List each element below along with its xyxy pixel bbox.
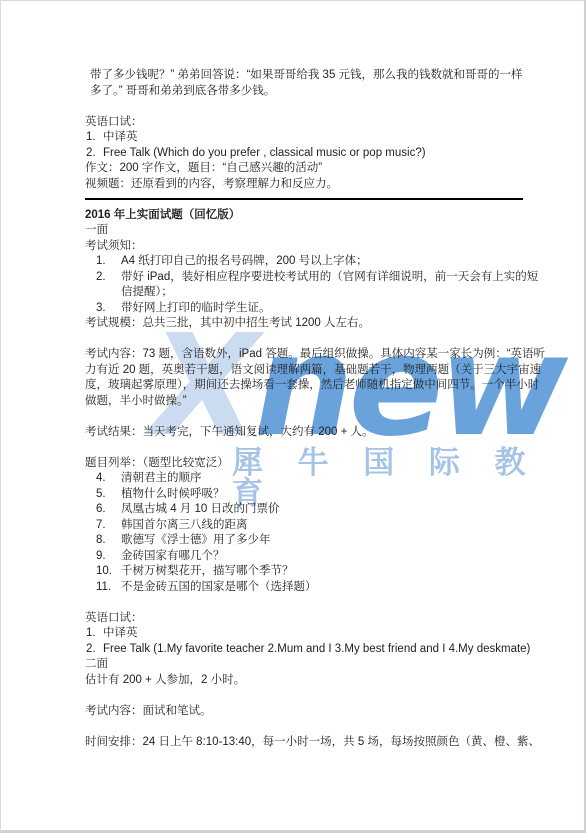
blank-line (85, 409, 528, 425)
item-text: Free Talk (Which do you prefer , classic… (103, 147, 426, 159)
document-content: 带了多少钱呢？” 弟弟回答说：“如果哥哥给我 35 元钱，那么我的钱数就和哥哥的… (1, 1, 584, 750)
list-item: 1.中译英 (85, 130, 528, 146)
item-number: 5. (96, 487, 106, 503)
item-text: 清朝君主的顺序 (121, 472, 202, 484)
question-item: 5.植物什么时候呼吸？ (85, 487, 528, 503)
item-text: 金砖国家有哪几个？ (121, 550, 225, 562)
intro-paragraph-line: 多了。” 哥哥和弟弟到底各带多少钱。 (85, 84, 528, 100)
essay-line: 作文：200 字作文，题目：“自己感兴趣的活动” (85, 161, 528, 177)
item-number: 3. (96, 301, 106, 317)
section-title-2016: 2016 年上实面试题（回忆版） (85, 208, 528, 224)
item-text: 韩国首尔离三八线的距离 (121, 519, 248, 531)
round1-label: 一面 (85, 223, 528, 239)
item-number: 1. (86, 626, 96, 642)
item-text: 中译英 (103, 627, 138, 639)
intro-paragraph-line: 带了多少钱呢？” 弟弟回答说：“如果哥哥给我 35 元钱，那么我的钱数就和哥哥的… (85, 68, 528, 84)
round2-estimate-line: 估计有 200 + 人参加，2 小时。 (85, 673, 528, 689)
item-number: 2. (96, 270, 106, 286)
item-number: 1. (96, 254, 106, 270)
section-separator (85, 198, 523, 200)
exam-notice-heading: 考试须知： (85, 239, 528, 255)
item-number: 4. (96, 471, 106, 487)
list-item: 2.Free Talk (Which do you prefer , class… (85, 146, 528, 162)
item-text: 千树万树梨花开，描写哪个季节？ (121, 565, 294, 577)
question-item: 8.歌德写《浮士德》用了多少年 (85, 533, 528, 549)
item-number: 6. (96, 502, 106, 518)
notice-item: 3.带好网上打印的临时学生证。 (85, 301, 528, 317)
question-item: 10.千树万树梨花开，描写哪个季节？ (85, 564, 528, 580)
notice-item: 1.A4 纸打印自己的报名号码牌，200 号以上字体； (85, 254, 528, 270)
question-item: 6.凤凰古城 4 月 10 日改的门票价 (85, 502, 528, 518)
item-number: 1. (86, 130, 96, 146)
item-number: 2. (86, 642, 96, 658)
item-text: 植物什么时候呼吸？ (121, 488, 225, 500)
item-text: Free Talk (1.My favorite teacher 2.Mum a… (103, 643, 530, 655)
video-question-line: 视频题：还原看到的内容，考察理解力和反应力。 (85, 177, 528, 193)
round2-content-line: 考试内容：面试和笔试。 (85, 704, 528, 720)
notice-item: 2.带好 iPad，装好相应程序要进校考试用的（官网有详细说明，前一天会有上实的… (85, 270, 528, 286)
blank-line (85, 595, 528, 611)
item-text: 歌德写《浮士德》用了多少年 (121, 534, 271, 546)
exam-content-line: 考试内容：73 题，含语数外，iPad 答题。最后组织做操。具体内容某一家长为例… (85, 347, 528, 363)
question-item: 9.金砖国家有哪几个？ (85, 549, 528, 565)
list-item: 2.Free Talk (1.My favorite teacher 2.Mum… (85, 642, 528, 658)
item-text: 凤凰古城 4 月 10 日改的门票价 (121, 503, 279, 515)
question-item: 4.清朝君主的顺序 (85, 471, 528, 487)
exam-content-line: 度，玻璃起雾原理），期间还去操场看一套操，然后老师随机指定做中间四节。一个半小时 (85, 378, 528, 394)
item-text: 中译英 (103, 131, 138, 143)
blank-line (85, 688, 528, 704)
item-text: 不是金砖五国的国家是哪个（选择题） (121, 581, 317, 593)
round2-label: 二面 (85, 657, 528, 673)
blank-line (85, 719, 528, 735)
exam-content-line: 力有近 20 题，英奥若干题，语文阅读理解两篇，基础题若干，物理两题（关于三大宇… (85, 363, 528, 379)
item-text: A4 纸打印自己的报名号码牌，200 号以上字体； (121, 255, 368, 267)
blank-line (85, 99, 528, 115)
notice-item-continuation: 信提醒）； (85, 285, 528, 301)
item-text: 带好 iPad，装好相应程序要进校考试用的（官网有详细说明，前一天会有上实的短 (121, 271, 538, 283)
question-item: 7.韩国首尔离三八线的距离 (85, 518, 528, 534)
item-number: 9. (96, 549, 106, 565)
item-number: 8. (96, 533, 106, 549)
document-page: Xnew 犀 牛 国 际 教 育 带了多少钱呢？” 弟弟回答说：“如果哥哥给我 … (0, 0, 586, 833)
schedule-line: 时间安排：24 日上午 8:10-13:40，每一小时一场，共 5 场，每场按照… (85, 735, 528, 751)
list-item: 1.中译英 (85, 626, 528, 642)
item-number: 11. (96, 580, 111, 596)
exam-scale-line: 考试规模：总共三批，其中初中招生考试 1200 人左右。 (85, 316, 528, 332)
item-number: 7. (96, 518, 106, 534)
exam-content-line: 做题，半小时做操。” (85, 394, 528, 410)
oral-test-heading: 英语口试： (85, 611, 528, 627)
blank-line (85, 332, 528, 348)
item-text: 带好网上打印的临时学生证。 (121, 302, 271, 314)
blank-line (85, 440, 528, 456)
question-list-heading: 题目列举：（题型比较宽泛） (85, 456, 528, 472)
exam-result-line: 考试结果：当天考完，下午通知复试，大约有 200 + 人。 (85, 425, 528, 441)
question-item: 11.不是金砖五国的国家是哪个（选择题） (85, 580, 528, 596)
item-number: 10. (96, 564, 112, 580)
item-number: 2. (86, 146, 96, 162)
oral-test-heading: 英语口试： (85, 115, 528, 131)
